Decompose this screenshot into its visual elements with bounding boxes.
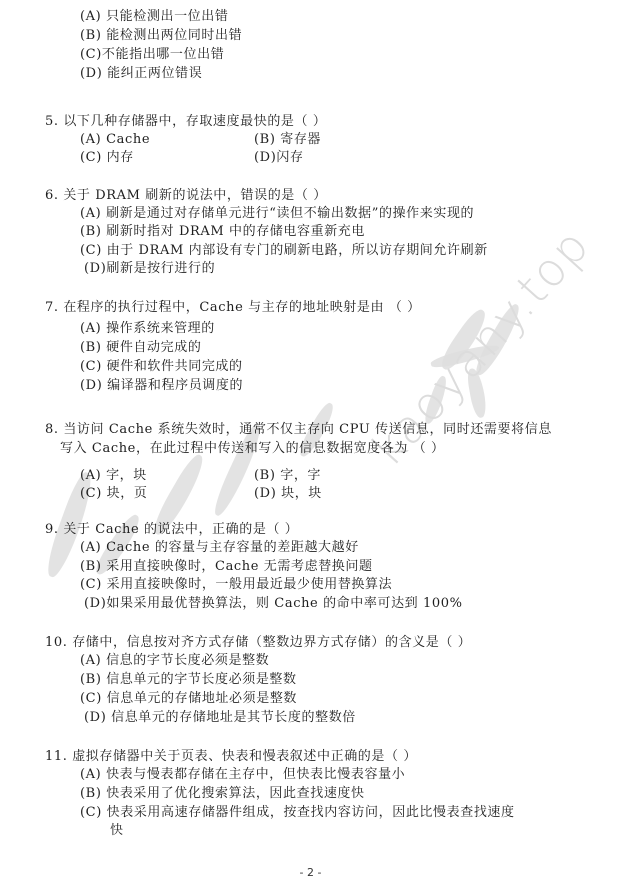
q11-option-a: (A) 快表与慢表都存储在主存中，但快表比慢表容量小 — [80, 766, 405, 784]
q8-option-d: (D) 块，块 — [254, 485, 322, 503]
q5-stem: 5. 以下几种存储器中，存取速度最快的是（ ） — [45, 113, 326, 131]
q6-option-c: (C) 由于 DRAM 内部设有专门的刷新电路，所以访存期间允许刷新 — [80, 242, 488, 260]
q8-stem-line1: 8. 当访问 Cache 系统失效时，通常不仅主存向 CPU 传送信息，同时还需… — [45, 421, 552, 439]
q6-option-a: (A) 刷新是通过对存储单元进行“读但不输出数据”的操作来实现的 — [80, 205, 474, 223]
q10-option-d: (D) 信息单元的存储地址是其节长度的整数倍 — [84, 709, 356, 727]
q4-option-a: (A) 只能检测出一位出错 — [80, 8, 228, 26]
q11-stem: 11. 虚拟存储器中关于页表、快表和慢表叙述中正确的是（ ） — [45, 748, 417, 766]
q7-option-c: (C) 硬件和软件共同完成的 — [80, 358, 243, 376]
q6-stem: 6. 关于 DRAM 刷新的说法中，错误的是（ ） — [45, 187, 327, 205]
q10-option-c: (C) 信息单元的存储地址必须是整数 — [80, 690, 297, 708]
q11-option-b: (B) 快表采用了优化搜索算法，因此查找速度快 — [80, 785, 365, 803]
q5-option-c: (C) 内存 — [80, 149, 134, 167]
exam-page: kaoyany.top (A) 只能检测出一位出错 (B) 能检测出两位同时出错… — [0, 0, 621, 895]
q4-option-c: (C)不能指出哪一位出错 — [80, 46, 224, 64]
q8-stem-line2: 写入 Cache，在此过程中传送和写入的信息数据宽度各为 （ ） — [60, 440, 445, 458]
q10-option-b: (B) 信息单元的字节长度必须是整数 — [80, 671, 297, 689]
q9-stem: 9. 关于 Cache 的说法中，正确的是（ ） — [45, 521, 298, 539]
q5-option-d: (D)闪存 — [254, 149, 304, 167]
q9-option-a: (A) Cache 的容量与主存容量的差距越大越好 — [80, 539, 359, 557]
q7-option-a: (A) 操作系统来管理的 — [80, 320, 215, 338]
q6-option-b: (B) 刷新时指对 DRAM 中的存储电容重新充电 — [80, 223, 365, 241]
q7-option-d: (D) 编译器和程序员调度的 — [80, 377, 243, 395]
q5-option-a: (A) Cache — [80, 131, 150, 149]
q8-option-b: (B) 字，字 — [254, 467, 321, 485]
q4-option-b: (B) 能检测出两位同时出错 — [80, 27, 242, 45]
q10-option-a: (A) 信息的字节长度必须是整数 — [80, 652, 269, 670]
q4-option-d: (D) 能纠正两位错误 — [80, 65, 202, 83]
q7-option-b: (B) 硬件自动完成的 — [80, 339, 201, 357]
page-number: - 2 - — [0, 866, 621, 879]
q9-option-c: (C) 采用直接映像时，一般用最近最少使用替换算法 — [80, 576, 392, 594]
q8-option-c: (C) 块，页 — [80, 485, 147, 503]
q5-option-b: (B) 寄存器 — [254, 131, 321, 149]
q11-option-c: (C) 快表采用高速存储器件组成，按查找内容访问，因此比慢表查找速度 — [80, 804, 515, 822]
q9-option-d: (D)如果采用最优替换算法，则 Cache 的命中率可达到 100% — [84, 595, 463, 613]
q9-option-b: (B) 采用直接映像时，Cache 无需考虑替换问题 — [80, 558, 373, 576]
q10-stem: 10. 存储中，信息按对齐方式存储（整数边界方式存储）的含义是（ ） — [45, 634, 471, 652]
q8-option-a: (A) 字，块 — [80, 467, 147, 485]
q6-option-d: (D)刷新是按行进行的 — [84, 260, 215, 278]
q7-stem: 7. 在程序的执行过程中，Cache 与主存的地址映射是由 （ ） — [45, 299, 421, 317]
q11-option-c-continued: 快 — [110, 822, 124, 840]
